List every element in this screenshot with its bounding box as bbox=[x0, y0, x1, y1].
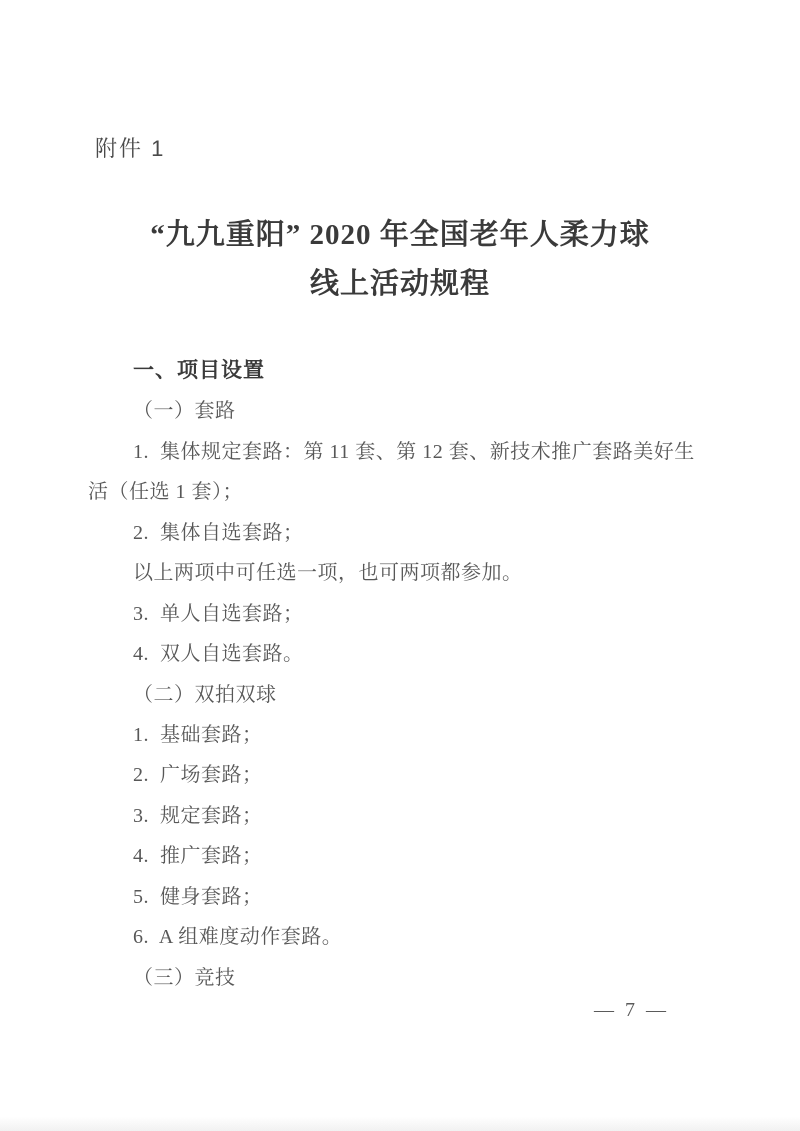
document-body: 一、项目设置（一）套路1. 集体规定套路：第 11 套、第 12 套、新技术推广… bbox=[88, 351, 728, 998]
body-line: 以上两项中可任选一项，也可两项都参加。 bbox=[88, 553, 728, 593]
body-line: 1. 基础套路； bbox=[88, 715, 728, 755]
body-line: 2. 集体自选套路； bbox=[88, 513, 728, 553]
document-title-line2: 线上活动规程 bbox=[0, 261, 800, 302]
body-line: 活（任选 1 套）； bbox=[88, 472, 728, 512]
document-title-line1: “九九重阳” 2020 年全国老年人柔力球 bbox=[0, 212, 800, 253]
body-line: （一）套路 bbox=[88, 391, 728, 431]
body-line: 4. 推广套路； bbox=[88, 836, 728, 876]
section-heading: 一、项目设置 bbox=[88, 351, 728, 391]
body-line: 3. 单人自选套路； bbox=[88, 594, 728, 634]
body-line: 2. 广场套路； bbox=[88, 755, 728, 795]
body-line: 5. 健身套路； bbox=[88, 877, 728, 917]
body-line: 3. 规定套路； bbox=[88, 796, 728, 836]
body-line: （三）竞技 bbox=[88, 958, 728, 998]
body-line: 4. 双人自选套路。 bbox=[88, 634, 728, 674]
attachment-label: 附件 1 bbox=[95, 132, 165, 163]
document-page: 附件 1 “九九重阳” 2020 年全国老年人柔力球 线上活动规程 一、项目设置… bbox=[0, 0, 800, 1131]
body-line: 6. A 组难度动作套路。 bbox=[88, 917, 728, 957]
scan-edge-shading bbox=[0, 1117, 800, 1131]
body-line: （二）双拍双球 bbox=[88, 675, 728, 715]
body-line: 1. 集体规定套路：第 11 套、第 12 套、新技术推广套路美好生 bbox=[88, 432, 728, 472]
page-number: — 7 — bbox=[594, 999, 669, 1022]
